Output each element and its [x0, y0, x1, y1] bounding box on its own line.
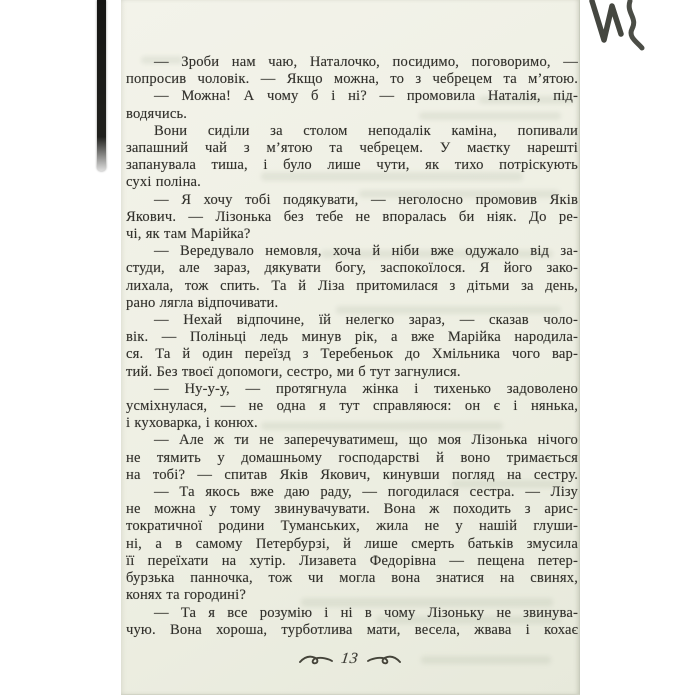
text-line: на тобі? — спитав Яків Якович, кинувши п… — [126, 467, 578, 484]
text-line: чую. Вона хороша, турботлива мати, весел… — [126, 622, 578, 639]
text-line: її переїхати на хутір. Лизавета Федорівн… — [126, 553, 578, 570]
text-line: — Ну-у-у, — протягнула жінка і тихенько … — [126, 381, 578, 398]
text-block: — Зроби нам чаю, Наталочко, посидимо, по… — [126, 54, 578, 639]
page-footer: 13 — [121, 650, 579, 668]
text-line: тий. Без твоєї допомоги, сестро, ми б ту… — [126, 364, 578, 381]
text-line: тократичної родини Туманських, жила не у… — [126, 518, 578, 535]
text-line: студи, але зараз, дякувати богу, заспоко… — [126, 260, 578, 277]
page-number: 13 — [340, 650, 360, 668]
text-line: ся. Та й один переїзд з Теребеньок до Хм… — [126, 346, 578, 363]
text-line: — Та якось вже даю раду, — погодилася се… — [126, 484, 578, 501]
scan-artifact-line — [97, 0, 106, 171]
text-line: ні, а в самому Петербурзі, й лише смерть… — [126, 536, 578, 553]
text-line: усміхнулася, — не одна я тут справляюся:… — [126, 398, 578, 415]
text-line: — Я хочу тобі подякувати, — неголосно пр… — [126, 192, 578, 209]
text-line: конях та городині? — [126, 587, 578, 604]
text-line: — Але ж ти не заперечуватимеш, що моя Лі… — [126, 432, 578, 449]
text-line: не тямить у домашньому господарстві й во… — [126, 450, 578, 467]
text-line: попросив чоловік. — Якщо можна, то з чеб… — [126, 71, 578, 88]
text-line: запашний чай з м’ятою та чебрецем. У має… — [126, 140, 578, 157]
text-line: бурзька панночка, тож чи могла вона знат… — [126, 570, 578, 587]
text-line: Якович. — Лізонька без тебе не впоралась… — [126, 209, 578, 226]
text-line: — Вередувало немовля, хоча й ніби вже од… — [126, 243, 578, 260]
book-page: — Зроби нам чаю, Наталочко, посидимо, по… — [121, 0, 580, 695]
text-line: лихала, тож спить. Та й Ліза притомилася… — [126, 278, 578, 295]
text-line: водячись. — [126, 106, 578, 123]
text-line: рано лягла відпочивати. — [126, 295, 578, 312]
text-line: не можна у тому звинувачувати. Вона ж по… — [126, 501, 578, 518]
text-line: сухі поліна. — [126, 174, 578, 191]
swash-flourish-icon — [299, 653, 333, 666]
text-line: запанувала тиша, і було лише чути, як ти… — [126, 157, 578, 174]
text-line: — Нехай відпочине, їй нелегко зараз, — с… — [126, 312, 578, 329]
text-line: — Та я все розумію і ні в чому Лізоньку … — [126, 605, 578, 622]
scan-background: { "page": { "paper_color": "#eeefe3", "b… — [0, 0, 700, 700]
text-line: і куховарка, і конюх. — [126, 415, 578, 432]
text-line: — Зроби нам чаю, Наталочко, посидимо, по… — [126, 54, 578, 71]
text-line: чі, як там Марійка? — [126, 226, 578, 243]
text-line: Вони сиділи за столом неподалік каміна, … — [126, 123, 578, 140]
swash-flourish-icon — [367, 653, 401, 666]
ink-scribble — [586, 0, 648, 54]
text-line: — Можна! А чому б і ні? — промовила Ната… — [126, 88, 578, 105]
text-line: вік. — Поліньці ледь минув рік, а вже Ма… — [126, 329, 578, 346]
